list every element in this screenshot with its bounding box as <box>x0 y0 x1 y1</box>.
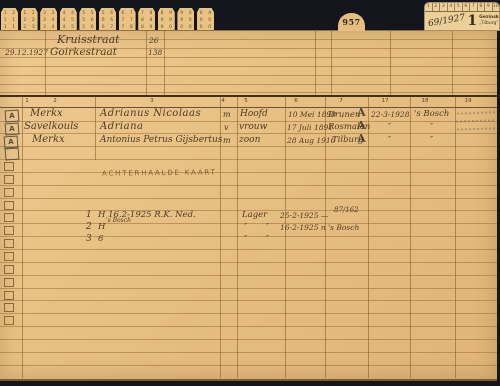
tab-digit: 2 <box>21 17 29 24</box>
ruled-line <box>0 352 497 353</box>
index-tab: 566667 <box>99 8 116 30</box>
tab-digit: 9 <box>158 17 166 24</box>
ruled-line <box>0 365 497 366</box>
tab-digit: 5 <box>99 10 107 17</box>
tab-digit: 8 <box>197 10 205 17</box>
tab-digit: 3 <box>41 10 49 17</box>
tab-digit: 6 <box>99 17 107 24</box>
given-names: Adrianus Nicolaas <box>100 108 201 119</box>
corner-cell: 9 <box>485 3 493 11</box>
tab-digit: 7 <box>119 17 127 24</box>
ditto-mark: ″ <box>388 135 391 144</box>
dossier-number: 69/1927 <box>427 13 466 29</box>
row-checkbox <box>4 316 14 325</box>
tab-digit: 2 <box>30 10 38 17</box>
house-number: 138 <box>148 48 162 57</box>
entry-stamp: A <box>4 136 19 149</box>
ruled-line <box>0 262 497 263</box>
tab-digit: 2 <box>30 17 38 24</box>
tab-digit: 6 <box>108 17 116 24</box>
corner-cell: 5 <box>455 3 463 11</box>
index-tab: 788889 <box>138 8 155 30</box>
sex: m <box>223 136 231 145</box>
entry-stamp: A <box>5 123 20 136</box>
column-line <box>410 97 411 378</box>
surname: Merkx <box>30 108 63 119</box>
index-tab: 121111 <box>1 8 18 30</box>
column-number: 18 <box>422 98 429 104</box>
departure-place: 's Bosch <box>414 109 449 119</box>
ditto-mark: ″ <box>244 234 247 243</box>
tab-digit: 9 <box>167 17 175 24</box>
ditto-mark: ″ <box>266 234 269 243</box>
ruled-line <box>0 66 497 67</box>
tab-digit: 5 <box>80 17 88 24</box>
index-tab: 122223 <box>21 8 38 30</box>
tab-digit: 6 <box>88 17 96 24</box>
tab-digit: 3 <box>49 10 57 17</box>
section-divider <box>0 95 497 97</box>
birth-place: Drunen <box>328 110 360 120</box>
tab-digit: A <box>206 10 214 17</box>
tab-digit: 4 <box>60 10 68 17</box>
note-number: 1 <box>86 210 92 220</box>
ruled-line <box>0 92 497 93</box>
given-names: Adriana <box>100 121 143 132</box>
corner-cell: 7 <box>470 3 478 11</box>
card-series-digit: 1 <box>467 13 477 29</box>
birth-date: 17 Juli 1891 <box>287 123 333 132</box>
row-checkbox <box>4 226 14 235</box>
column-number: 7 <box>339 98 343 104</box>
tab-digit: 1 <box>1 17 9 24</box>
row-checkbox <box>4 201 14 210</box>
column-line <box>164 30 165 95</box>
ruled-line <box>0 339 497 340</box>
archive-scan: 1234567171819121111122223333434444545555… <box>0 0 500 386</box>
column-line <box>455 97 456 378</box>
note-date: 16-2-1925 n 's Bosch <box>280 223 359 232</box>
gezinskaart-card <box>0 30 497 381</box>
sex: v <box>224 123 229 132</box>
ruled-line <box>0 146 497 147</box>
column-number: 3 <box>150 98 154 104</box>
column-number: 17 <box>382 98 389 104</box>
column-line <box>22 97 23 378</box>
note-ref: 87/162 <box>334 206 359 214</box>
card-number-tab: 957 <box>338 13 365 31</box>
corner-index-tab: 12345678910 69/1927 1 Gezinskaart „Tilbu… <box>424 2 500 31</box>
tab-digit: 7 <box>128 17 136 24</box>
column-number: 19 <box>465 98 472 104</box>
column-line <box>452 30 453 95</box>
ruled-line <box>0 249 497 250</box>
column-line <box>146 30 147 95</box>
tab-digit: 1 <box>21 10 29 17</box>
ditto-mark: ″ <box>388 122 391 131</box>
row-checkbox <box>4 213 14 222</box>
corner-cell: 8 <box>478 3 486 11</box>
departure-date: 22-3-1928 <box>371 110 409 119</box>
checked-stamp: A <box>357 132 366 145</box>
column-line <box>331 30 332 95</box>
card-type-line2: „Tilburg” <box>479 21 499 26</box>
note-school: Lager <box>242 210 267 220</box>
ruled-line <box>0 313 497 314</box>
tab-digit: 0 <box>186 17 194 24</box>
tab-digit: 9 <box>178 17 186 24</box>
row-checkbox <box>4 239 14 248</box>
corner-cell: 10 <box>493 3 500 11</box>
street-entry: Goirkestraat <box>50 46 117 58</box>
surname: Merkx <box>32 134 65 145</box>
tab-digit: 8 <box>147 17 155 24</box>
column-line <box>390 30 391 95</box>
tab-digit: 8 <box>147 10 155 17</box>
ruled-line <box>0 288 497 289</box>
ditto-mark: ″ <box>430 122 433 131</box>
registration-date: 29.12.1927 <box>5 48 48 57</box>
corner-cell: 4 <box>448 3 456 11</box>
ruled-line <box>0 300 497 301</box>
sex: m <box>223 110 231 119</box>
row-checkbox <box>4 252 14 261</box>
corner-cell: 3 <box>440 3 448 11</box>
card-number: 957 <box>338 13 365 32</box>
ditto-mark: ″ <box>266 222 269 231</box>
row-checkbox <box>4 278 14 287</box>
checked-stamp: A <box>357 106 366 119</box>
house-number: 26 <box>149 36 159 45</box>
tab-digit: 5 <box>88 10 96 17</box>
ruled-line <box>0 185 497 186</box>
column-line <box>315 30 316 95</box>
column-number: 5 <box>244 98 248 104</box>
card-type-line1: Gezinskaart <box>479 15 500 20</box>
ruled-line <box>0 84 497 85</box>
row-checkbox <box>4 162 14 171</box>
index-tab: 8A9000 <box>197 8 214 30</box>
index-tab: 899990 <box>158 8 175 30</box>
ruled-line <box>0 75 497 76</box>
ruled-line <box>0 326 497 327</box>
entry-stamp: A <box>5 110 20 123</box>
tab-digit: 8 <box>139 17 147 24</box>
row-checkbox <box>4 175 14 184</box>
column-line <box>285 97 286 378</box>
ruled-line <box>0 236 497 237</box>
column-line <box>45 30 46 95</box>
relation: zoon <box>239 135 260 145</box>
ruled-line <box>0 223 497 224</box>
relation: Hoofd <box>240 109 268 119</box>
surname: Savelkouls <box>24 121 78 132</box>
given-names: Antonius Petrus Gijsbertus <box>100 135 222 145</box>
index-tab: 555656 <box>79 8 96 30</box>
note-entry: H <box>98 222 105 232</box>
street-entry: Kruisstraat <box>57 33 120 46</box>
tab-digit: 2 <box>10 10 18 17</box>
row-checkbox <box>4 188 14 197</box>
relation: vrouw <box>239 122 267 132</box>
ditto-mark: ″ <box>244 222 247 231</box>
ditto-mark: ″ <box>430 135 433 144</box>
corner-tab-cells: 12345678910 <box>425 3 499 12</box>
ruled-line <box>0 275 497 276</box>
corner-cell: 6 <box>463 3 471 11</box>
tab-digit: 3 <box>41 17 49 24</box>
empty-stamp-box <box>5 148 20 161</box>
note-number: 3 <box>86 234 92 244</box>
index-tab: 677778 <box>119 8 136 30</box>
tab-digit: 9 <box>167 10 175 17</box>
column-number: 6 <box>294 98 298 104</box>
ruled-line <box>0 159 497 160</box>
index-tab: 333434 <box>40 8 57 30</box>
ruled-line <box>0 172 497 173</box>
note-entry-superscript: 's Bosch <box>106 217 131 224</box>
retrieved-card-stamp: ACHTERHAALDE KAART <box>102 168 217 177</box>
column-number: 4 <box>221 98 225 104</box>
tab-digit: 9 <box>197 17 205 24</box>
tab-digit: 9 <box>178 10 186 17</box>
checked-stamp: A <box>357 119 366 132</box>
column-line <box>237 97 238 378</box>
tab-digit: 8 <box>158 10 166 17</box>
column-number: 1 <box>25 98 29 104</box>
ruled-line <box>0 198 497 199</box>
column-number: 2 <box>53 98 57 104</box>
tab-digit: 5 <box>69 17 77 24</box>
note-number: 2 <box>86 222 92 232</box>
row-checkbox <box>4 303 14 312</box>
tab-digit: 4 <box>60 17 68 24</box>
tab-digit: 0 <box>186 10 194 17</box>
tab-digit: 0 <box>206 17 214 24</box>
card-type-label: Gezinskaart „Tilburg” <box>479 15 500 27</box>
note-date: 25-2-1925 — <box>280 211 328 220</box>
tab-digit: 1 <box>1 10 9 17</box>
column-line <box>368 97 369 378</box>
tab-digit: 4 <box>49 17 57 24</box>
tab-digit: 1 <box>10 17 18 24</box>
tab-digit: 6 <box>119 10 127 17</box>
index-tab: 444545 <box>60 8 77 30</box>
tab-digit: 6 <box>108 10 116 17</box>
tab-digit: 7 <box>139 10 147 17</box>
header-underline <box>0 107 497 108</box>
row-checkbox <box>4 265 14 274</box>
tab-digit: 5 <box>80 10 88 17</box>
tab-digit: 4 <box>69 10 77 17</box>
birth-date: 28 Aug 1916 <box>287 136 335 145</box>
corner-cell: 2 <box>433 3 441 11</box>
tab-digit: 7 <box>128 10 136 17</box>
index-tab: 909000 <box>177 8 194 30</box>
row-checkbox <box>4 291 14 300</box>
corner-cell: 1 <box>425 3 433 11</box>
note-entry: 6 <box>98 234 103 244</box>
